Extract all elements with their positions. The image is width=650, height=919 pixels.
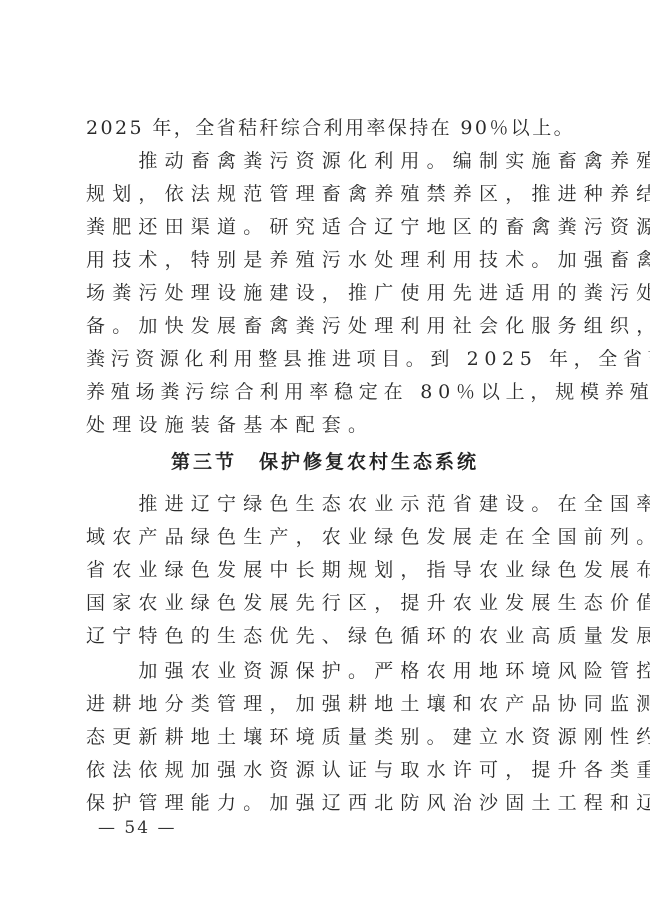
text-line: 推进辽宁绿色生态农业示范省建设。在全国率先实现全 xyxy=(86,488,566,521)
text-line: 规划，依法规范管理畜禽养殖禁养区，推进种养结合，畅通 xyxy=(86,178,566,211)
text-line: 保护管理能力。加强辽西北防风治沙固土工程和辽东山区生 xyxy=(86,787,566,820)
text-line: 备。加快发展畜禽粪污处理利用社会化服务组织，实施畜禽 xyxy=(86,310,566,343)
page-number: — 54 — xyxy=(98,818,176,838)
text-line: 省农业绿色发展中长期规划，指导农业绿色发展布局。创建 xyxy=(86,554,566,587)
text-line: 推动畜禽粪污资源化利用。编制实施畜禽养殖污染防治 xyxy=(86,145,566,178)
text-line: 2025 年，全省秸秆综合利用率保持在 90％以上。 xyxy=(86,112,566,145)
text-line: 域农产品绿色生产，农业绿色发展走在全国前列。编制辽宁 xyxy=(86,521,566,554)
text-line: 养殖场粪污综合利用率稳定在 80％以上，规模养殖场粪污 xyxy=(86,376,566,409)
text-line: 粪肥还田渠道。研究适合辽宁地区的畜禽粪污资源化利用实 xyxy=(86,211,566,244)
text-line: 粪污资源化利用整县推进项目。到 2025 年，全省畜禽规模 xyxy=(86,343,566,376)
text-line: 用技术，特别是养殖污水处理利用技术。加强畜禽规模养殖 xyxy=(86,244,566,277)
text-line: 国家农业绿色发展先行区，提升农业发展生态价值，探索出 xyxy=(86,587,566,620)
text-line: 场粪污处理设施建设，推广使用先进适用的粪污处理利用装 xyxy=(86,277,566,310)
text-line: 辽宁特色的生态优先、绿色循环的农业高质量发展之路。 xyxy=(86,620,566,653)
text-line: 处理设施装备基本配套。 xyxy=(86,409,566,442)
text-line: 加强农业资源保护。严格农用地环境风险管控，持续推 xyxy=(86,655,566,688)
text-line: 态更新耕地土壤环境质量类别。建立水资源刚性约束制度， xyxy=(86,721,566,754)
section-heading: 第三节 保护修复农村生态系统 xyxy=(0,447,650,474)
text-line: 进耕地分类管理，加强耕地土壤和农产品协同监测评价，动 xyxy=(86,688,566,721)
text-line: 依法依规加强水资源认证与取水许可，提升各类重要保护地 xyxy=(86,754,566,787)
